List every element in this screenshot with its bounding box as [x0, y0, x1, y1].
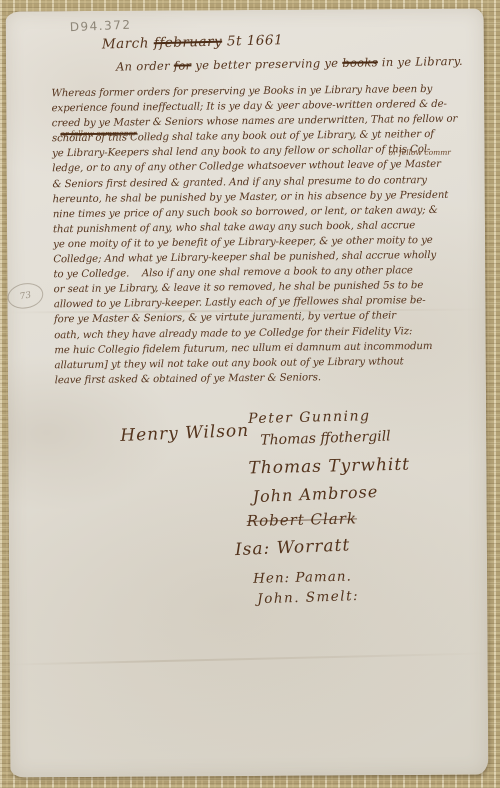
manuscript-photo: D94.372 March ffebruary 5t 1661 An order… — [0, 0, 500, 788]
interlinear-insertion-struck: or fellow commoner — [60, 129, 136, 138]
signature-isa-worratt: Isa: Worratt — [235, 535, 351, 560]
title-post: in ye Library. — [378, 54, 463, 69]
title-mid: ye better preserving ye — [191, 56, 342, 73]
signature-john-ambrose: John Ambrose — [252, 482, 378, 506]
margin-folio-number: 73 — [5, 280, 45, 311]
date-month: March — [102, 35, 154, 52]
signature-henry-wilson: Henry Wilson — [120, 421, 250, 446]
manuscript-page: D94.372 March ffebruary 5t 1661 An order… — [6, 9, 489, 778]
paper-crease — [10, 652, 488, 665]
signature-john-smelt: John. Smelt: — [257, 588, 359, 607]
signature-robert-clark: Robert Clark — [247, 509, 358, 530]
signature-hen-paman: Hen: Paman. — [253, 569, 352, 587]
body-text: Whereas former orders for preserving ye … — [51, 82, 474, 389]
title-struck-word: books — [342, 55, 378, 70]
date-month-struck: ffebruary — [154, 34, 223, 52]
title-struck-word: for — [174, 58, 192, 72]
signature-peter-gunning: Peter Gunning — [248, 408, 371, 427]
interlinear-insertion: or fellow commr — [389, 148, 451, 157]
title-pre: An order — [116, 59, 174, 74]
margin-folio-number-text: 73 — [19, 290, 32, 302]
archive-reference: D94.372 — [69, 18, 131, 35]
date-day-year: 5t 1661 — [222, 32, 283, 49]
document-title: An order for ye better preserving ye boo… — [116, 54, 463, 74]
signature-thomas-tyrwhitt: Thomas Tyrwhitt — [248, 455, 410, 479]
date-line: March ffebruary 5t 1661 — [102, 32, 284, 52]
signature-thomas-fothergill: Thomas ffothergill — [260, 428, 391, 448]
